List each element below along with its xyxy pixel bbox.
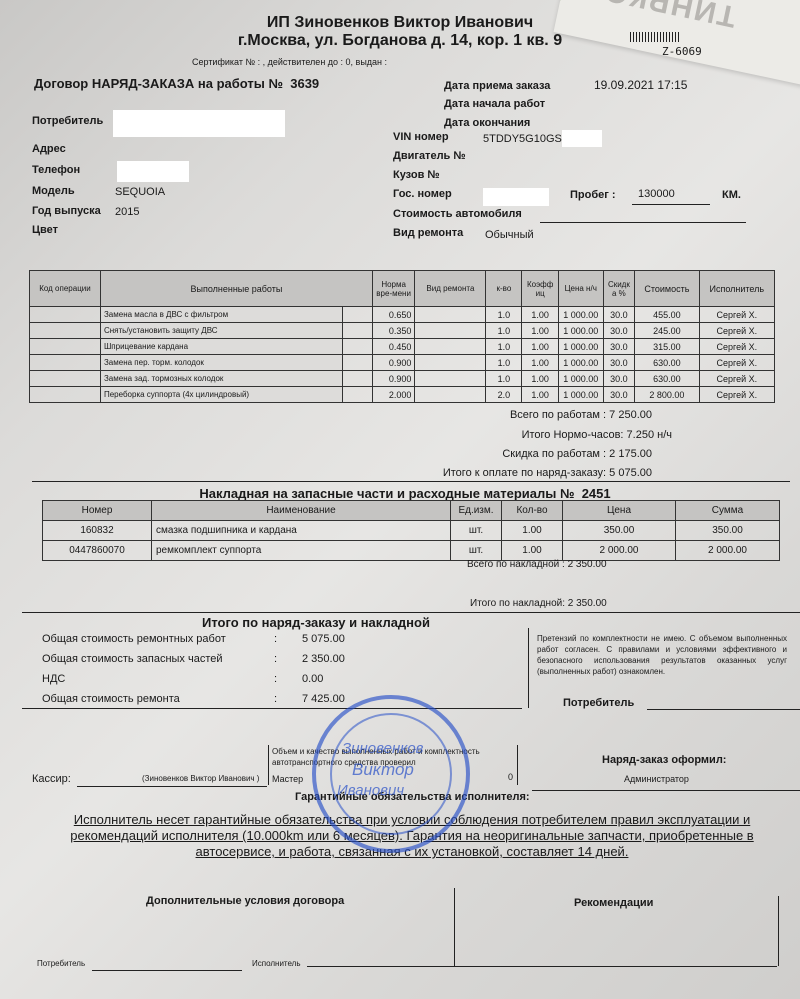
cell-cost: 315.00: [635, 339, 699, 355]
parts-table: Номер Наименование Ед.изм. Кол-во Цена С…: [42, 500, 780, 561]
cell-price: 1 000.00: [558, 339, 603, 355]
footer-consumer-label: Потребитель: [37, 959, 85, 968]
start-date-label: Дата начала работ: [444, 98, 545, 110]
cell-discount: 30.0: [603, 355, 635, 371]
repair-type-value: Обычный: [485, 229, 534, 241]
cell-worker: Сергей Х.: [699, 307, 774, 323]
cell-coef: 1.00: [522, 371, 558, 387]
master-value: 0: [508, 772, 513, 782]
redacted-consumer: [113, 110, 285, 137]
vin-value: 5TDDY5G10GS: [483, 133, 562, 145]
works-table: Код операции Выполненные работы Норма вр…: [29, 270, 775, 403]
received-value: 19.09.2021 17:15: [594, 78, 687, 92]
works-payable: Итого к оплате по наряд-заказу: 5 075.00: [443, 467, 652, 479]
cell-cost: 245.00: [635, 323, 699, 339]
cell-type: [415, 323, 486, 339]
cell-spacer: [343, 323, 372, 339]
vin-label: VIN номер: [393, 131, 449, 143]
cell-price: 2 000.00: [563, 541, 676, 561]
col-works: Выполненные работы: [100, 271, 372, 307]
contract-number: 3639: [290, 76, 319, 91]
car-value-label: Стоимость автомобиля: [393, 208, 522, 220]
cell-discount: 30.0: [603, 323, 635, 339]
cell-name: Замена зад. тормозных колодок: [100, 371, 342, 387]
cell-norm: 0.450: [372, 339, 415, 355]
total-works: Всего по работам : 7 250.00: [510, 409, 652, 421]
cell-code: [30, 339, 101, 355]
cell-name: Замена масла в ДВС с фильтром: [100, 307, 342, 323]
model-label: Модель: [32, 185, 75, 197]
colon: :: [274, 633, 277, 645]
cell-norm: 2.000: [372, 387, 415, 403]
issued-by-value: Администратор: [624, 774, 689, 784]
colon: :: [274, 673, 277, 685]
table-row: Переборка суппорта (4х цилиндровый)2.000…: [30, 387, 775, 403]
cell-qty: 1.0: [486, 355, 522, 371]
cell-coef: 1.00: [522, 323, 558, 339]
cell-discount: 30.0: [603, 387, 635, 403]
cell-code: [30, 307, 101, 323]
summary-label: НДС: [42, 673, 65, 685]
colon: :: [274, 693, 277, 705]
col-cost: Стоимость: [635, 271, 699, 307]
works-discount: Скидка по работам : 2 175.00: [502, 448, 652, 460]
cell-name: ремкомплект суппорта: [152, 541, 451, 561]
cell-spacer: [343, 307, 372, 323]
cell-qty: 1.0: [486, 307, 522, 323]
plate-label: Гос. номер: [393, 188, 452, 200]
table-row: Замена пер. торм. колодок0.9001.01.001 0…: [30, 355, 775, 371]
cell-name: Шприцевание кардана: [100, 339, 342, 355]
col-repair-type: Вид ремонта: [415, 271, 486, 307]
certificate-line: Сертификат № : , действителен до : 0, вы…: [192, 57, 387, 67]
cell-norm: 0.900: [372, 371, 415, 387]
repair-type-label: Вид ремонта: [393, 227, 463, 239]
model-value: SEQUOIA: [115, 186, 165, 198]
engine-label: Двигатель №: [393, 150, 466, 162]
barcode: [630, 32, 680, 42]
cell-qty: 1.00: [502, 541, 563, 561]
color-label: Цвет: [32, 224, 58, 236]
cell-qty: 1.0: [486, 339, 522, 355]
cell-coef: 1.00: [522, 307, 558, 323]
cell-name: Переборка суппорта (4х цилиндровый): [100, 387, 342, 403]
end-date-label: Дата окончания: [444, 117, 530, 129]
cell-qty: 1.0: [486, 371, 522, 387]
cell-price: 1 000.00: [558, 307, 603, 323]
table-row: Снять/установить защиту ДВС0.3501.01.001…: [30, 323, 775, 339]
cell-code: [30, 323, 101, 339]
cashier-label: Кассир:: [32, 773, 71, 785]
cell-code: [30, 387, 101, 403]
cell-code: [30, 355, 101, 371]
cell-spacer: [343, 371, 372, 387]
col-code: Код операции: [30, 271, 101, 307]
parts-title: Накладная на запасные части и расходные …: [12, 486, 798, 501]
mileage-value: 130000: [638, 188, 675, 200]
stamp-text-2: Виктор: [352, 760, 414, 780]
cell-price: 350.00: [563, 521, 676, 541]
cell-sum: 350.00: [676, 521, 780, 541]
cell-unit: шт.: [451, 541, 502, 561]
parts-grand-total: Итого по накладной: 2 350.00: [470, 598, 607, 609]
cell-price: 1 000.00: [558, 371, 603, 387]
cell-worker: Сергей Х.: [699, 339, 774, 355]
stamp-text-1: Зиновенков: [342, 740, 424, 757]
col-norm: Норма вре-мени: [372, 271, 415, 307]
year-value: 2015: [115, 206, 139, 218]
cell-coef: 1.00: [522, 387, 558, 403]
cell-cost: 2 800.00: [635, 387, 699, 403]
cell-discount: 30.0: [603, 339, 635, 355]
recommendations-title: Рекомендации: [574, 897, 653, 909]
doc-code: Z-6069: [662, 45, 702, 58]
cell-unit: шт.: [451, 521, 502, 541]
cell-name: Снять/установить защиту ДВС: [100, 323, 342, 339]
cell-type: [415, 355, 486, 371]
work-order-document: ИП Зиновенков Виктор Иванович г.Москва, …: [12, 0, 800, 999]
cell-worker: Сергей Х.: [699, 387, 774, 403]
mileage-unit: КМ.: [722, 189, 741, 201]
cell-price: 1 000.00: [558, 355, 603, 371]
cell-price: 1 000.00: [558, 387, 603, 403]
summary-label: Общая стоимость запасных частей: [42, 653, 223, 665]
summary-value: 7 425.00: [302, 693, 345, 705]
claims-statement: Претензий по комплектности не имею. С об…: [537, 633, 787, 677]
cell-worker: Сергей Х.: [699, 323, 774, 339]
cell-code: [30, 371, 101, 387]
cell-num: 160832: [43, 521, 152, 541]
cell-num: 0447860070: [43, 541, 152, 561]
table-row: Замена зад. тормозных колодок0.9001.01.0…: [30, 371, 775, 387]
cell-cost: 455.00: [635, 307, 699, 323]
cell-price: 1 000.00: [558, 323, 603, 339]
cell-type: [415, 307, 486, 323]
cell-type: [415, 387, 486, 403]
parts-number: 2451: [582, 486, 611, 501]
footer-executor-label: Исполнитель: [252, 959, 301, 968]
colon: :: [274, 653, 277, 665]
cell-qty: 2.0: [486, 387, 522, 403]
redacted-vin: [562, 130, 602, 147]
total-hours: Итого Нормо-часов: 7.250 н/ч: [522, 429, 672, 441]
received-label: Дата приема заказа: [444, 80, 550, 92]
cell-name: смазка подшипника и кардана: [152, 521, 451, 541]
summary-value: 0.00: [302, 673, 323, 685]
col-worker: Исполнитель: [699, 271, 774, 307]
cell-spacer: [343, 339, 372, 355]
table-row: Шприцевание кардана0.4501.01.001 000.003…: [30, 339, 775, 355]
summary-title: Итого по наряд-заказу и накладной: [202, 615, 430, 630]
cell-qty: 1.0: [486, 323, 522, 339]
summary-value: 5 075.00: [302, 633, 345, 645]
cell-spacer: [343, 355, 372, 371]
cell-type: [415, 339, 486, 355]
contract-title: Договор НАРЯД-ЗАКАЗА на работы № 3639: [34, 76, 319, 91]
cell-cost: 630.00: [635, 355, 699, 371]
cell-qty: 1.00: [502, 521, 563, 541]
issued-by-label: Наряд-заказ оформил:: [602, 754, 726, 766]
master-label: Мастер: [272, 774, 303, 784]
redacted-phone: [117, 161, 189, 182]
cell-norm: 0.350: [372, 323, 415, 339]
phone-label: Телефон: [32, 164, 80, 176]
redacted-plate: [483, 188, 549, 206]
summary-consumer-label: Потребитель: [563, 697, 634, 709]
cell-coef: 1.00: [522, 339, 558, 355]
company-name: ИП Зиновенков Виктор Иванович: [12, 14, 788, 32]
cell-worker: Сергей Х.: [699, 371, 774, 387]
cashier-name: (Зиновенков Виктор Иванович ): [142, 774, 259, 783]
cell-type: [415, 371, 486, 387]
parts-total: Всего по накладной : 2 350.00: [467, 559, 607, 570]
cell-worker: Сергей Х.: [699, 355, 774, 371]
table-row: 160832смазка подшипника и карданашт.1.00…: [43, 521, 780, 541]
table-row: 0447860070ремкомплект суппорташт.1.002 0…: [43, 541, 780, 561]
col-price: Цена н/ч: [558, 271, 603, 307]
cell-coef: 1.00: [522, 355, 558, 371]
cell-norm: 0.900: [372, 355, 415, 371]
cell-cost: 630.00: [635, 371, 699, 387]
cell-sum: 2 000.00: [676, 541, 780, 561]
table-row: Замена масла в ДВС с фильтром0.6501.01.0…: [30, 307, 775, 323]
col-qty: к-во: [486, 271, 522, 307]
summary-label: Общая стоимость ремонта: [42, 693, 180, 705]
summary-value: 2 350.00: [302, 653, 345, 665]
cell-discount: 30.0: [603, 307, 635, 323]
body-label: Кузов №: [393, 169, 440, 181]
cell-discount: 30.0: [603, 371, 635, 387]
cell-spacer: [343, 387, 372, 403]
mileage-label: Пробег :: [570, 189, 616, 201]
stamp-text-3: Иванович: [337, 782, 404, 799]
year-label: Год выпуска: [32, 205, 101, 217]
cell-name: Замена пер. торм. колодок: [100, 355, 342, 371]
col-discount: Скидк а %: [603, 271, 635, 307]
summary-label: Общая стоимость ремонтных работ: [42, 633, 226, 645]
cell-norm: 0.650: [372, 307, 415, 323]
consumer-label: Потребитель: [32, 115, 103, 127]
extra-conditions-title: Дополнительные условия договора: [146, 895, 344, 907]
col-coef: Коэфф иц: [522, 271, 558, 307]
address-label: Адрес: [32, 143, 66, 155]
